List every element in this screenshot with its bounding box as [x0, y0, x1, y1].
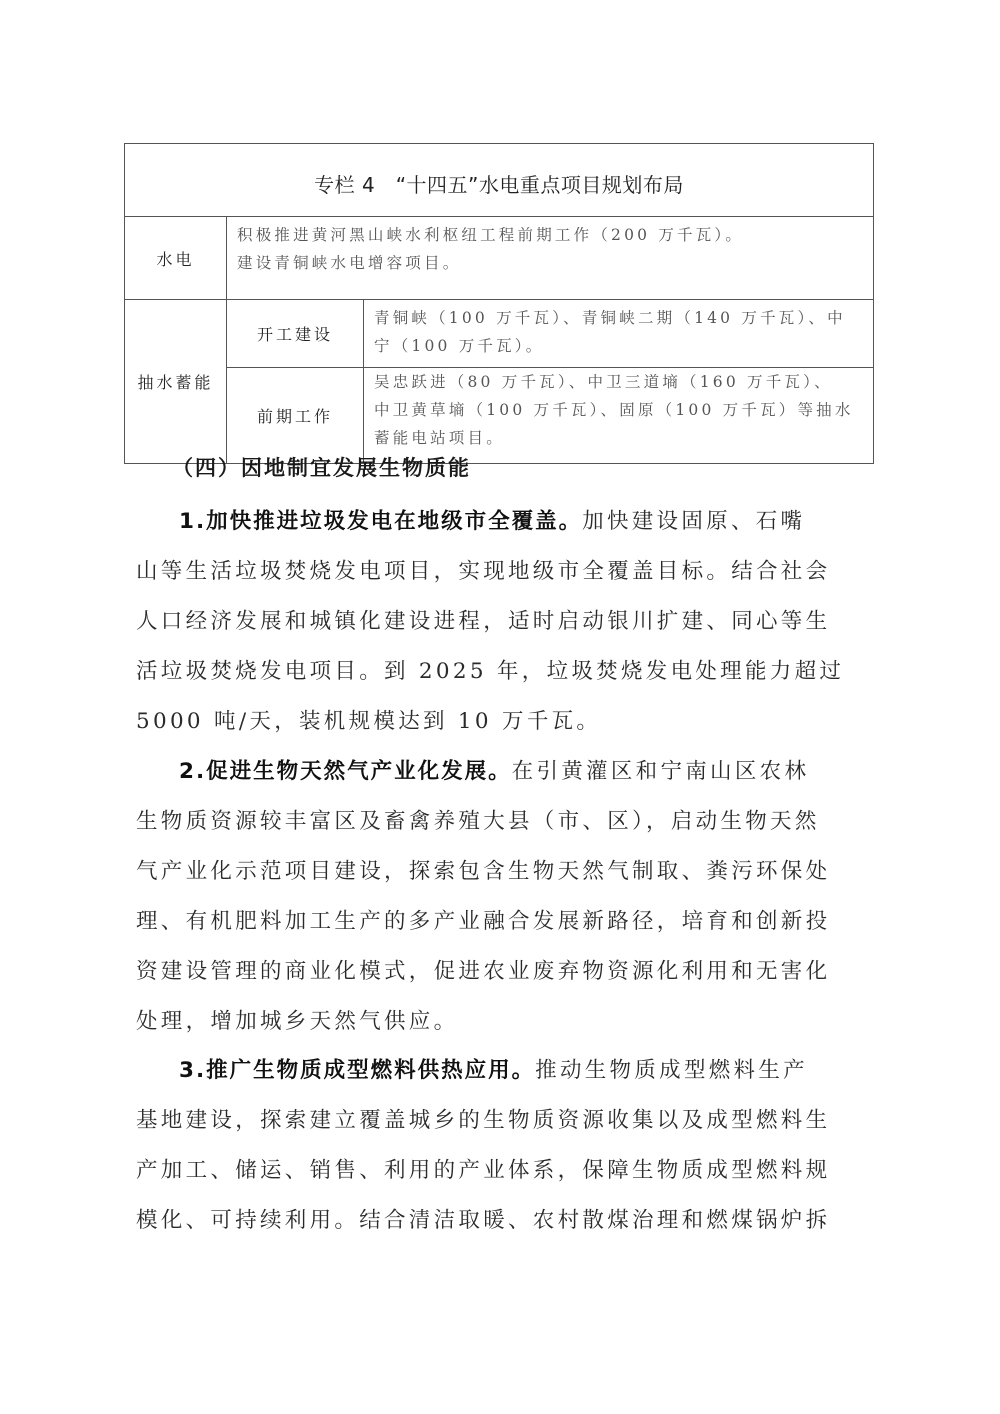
document-page: 专栏 4 “十四五”水电重点项目规划布局 水电 积极推进黄河黑山峡水利枢纽工程前…	[0, 0, 1000, 1414]
content-cell: 吴忠跃进（80 万千瓦）、中卫三道墒（160 万千瓦）、 中卫黄草墒（100 万…	[364, 368, 874, 464]
paragraph: 2.促进生物天然气产业化发展。在引黄灌区和宁南山区农林 生物质资源较丰富区及畜禽…	[136, 747, 876, 1047]
paragraph-line: 处理，增加城乡天然气供应。	[136, 997, 876, 1047]
paragraph-text: 加快建设固原、石嘴	[582, 509, 805, 534]
content-line: 建设青铜峡水电增容项目。	[237, 249, 865, 277]
paragraph-line: 资建设管理的商业化模式，促进农业废弃物资源化利用和无害化	[136, 947, 876, 997]
content-line: 中卫黄草墒（100 万千瓦）、固原（100 万千瓦）等抽水	[374, 396, 865, 424]
paragraph-text: 在引黄灌区和宁南山区农林	[512, 759, 810, 784]
paragraph-line: 基地建设，探索建立覆盖城乡的生物质资源收集以及成型燃料生	[136, 1096, 876, 1146]
paragraph-lead: 3.推广生物质成型燃料供热应用。	[179, 1058, 535, 1083]
paragraph-line: 5000 吨/天，装机规模达到 10 万千瓦。	[136, 697, 876, 747]
paragraph-line: 理、有机肥料加工生产的多产业融合发展新路径，培育和创新投	[136, 897, 876, 947]
table-row: 前期工作 吴忠跃进（80 万千瓦）、中卫三道墒（160 万千瓦）、 中卫黄草墒（…	[125, 368, 874, 464]
paragraph-first-line: 1.加快推进垃圾发电在地级市全覆盖。加快建设固原、石嘴	[136, 497, 876, 547]
paragraph-lead: 2.促进生物天然气产业化发展。	[179, 759, 512, 784]
category-cell: 水电	[125, 217, 227, 300]
paragraph: 1.加快推进垃圾发电在地级市全覆盖。加快建设固原、石嘴 山等生活垃圾焚烧发电项目…	[136, 497, 876, 747]
hydropower-projects-box-table: 专栏 4 “十四五”水电重点项目规划布局 水电 积极推进黄河黑山峡水利枢纽工程前…	[124, 143, 874, 464]
paragraph-first-line: 3.推广生物质成型燃料供热应用。推动生物质成型燃料生产	[136, 1046, 876, 1096]
table-title-row: 专栏 4 “十四五”水电重点项目规划布局	[125, 144, 874, 217]
table-row: 水电 积极推进黄河黑山峡水利枢纽工程前期工作（200 万千瓦）。 建设青铜峡水电…	[125, 217, 874, 300]
content-line: 吴忠跃进（80 万千瓦）、中卫三道墒（160 万千瓦）、	[374, 368, 865, 396]
paragraph-line: 生物质资源较丰富区及畜禽养殖大县（市、区），启动生物天然	[136, 797, 876, 847]
content-cell: 积极推进黄河黑山峡水利枢纽工程前期工作（200 万千瓦）。 建设青铜峡水电增容项…	[227, 217, 874, 300]
paragraph-lead: 1.加快推进垃圾发电在地级市全覆盖。	[179, 509, 582, 534]
section-heading: （四）因地制宜发展生物质能	[172, 452, 471, 482]
paragraph-line: 活垃圾焚烧发电项目。到 2025 年，垃圾焚烧发电处理能力超过	[136, 647, 876, 697]
paragraph-line: 产加工、储运、销售、利用的产业体系，保障生物质成型燃料规	[136, 1146, 876, 1196]
table-row: 抽水蓄能 开工建设 青铜峡（100 万千瓦）、青铜峡二期（140 万千瓦）、中 …	[125, 300, 874, 368]
paragraph-line: 人口经济发展和城镇化建设进程，适时启动银川扩建、同心等生	[136, 597, 876, 647]
paragraph: 3.推广生物质成型燃料供热应用。推动生物质成型燃料生产 基地建设，探索建立覆盖城…	[136, 1046, 876, 1246]
paragraph-text: 推动生物质成型燃料生产	[535, 1058, 808, 1083]
content-line: 积极推进黄河黑山峡水利枢纽工程前期工作（200 万千瓦）。	[237, 221, 865, 249]
stage-cell: 前期工作	[227, 368, 364, 464]
category-cell: 抽水蓄能	[125, 300, 227, 464]
paragraph-line: 气产业化示范项目建设，探索包含生物天然气制取、粪污环保处	[136, 847, 876, 897]
content-line: 宁（100 万千瓦）。	[374, 332, 865, 360]
content-cell: 青铜峡（100 万千瓦）、青铜峡二期（140 万千瓦）、中 宁（100 万千瓦）…	[364, 300, 874, 368]
stage-cell: 开工建设	[227, 300, 364, 368]
table-title: 专栏 4 “十四五”水电重点项目规划布局	[125, 144, 874, 217]
content-line: 蓄能电站项目。	[374, 424, 865, 452]
paragraph-line: 山等生活垃圾焚烧发电项目，实现地级市全覆盖目标。结合社会	[136, 547, 876, 597]
paragraph-line: 模化、可持续利用。结合清洁取暖、农村散煤治理和燃煤锅炉拆	[136, 1196, 876, 1246]
content-line: 青铜峡（100 万千瓦）、青铜峡二期（140 万千瓦）、中	[374, 304, 865, 332]
paragraph-first-line: 2.促进生物天然气产业化发展。在引黄灌区和宁南山区农林	[136, 747, 876, 797]
